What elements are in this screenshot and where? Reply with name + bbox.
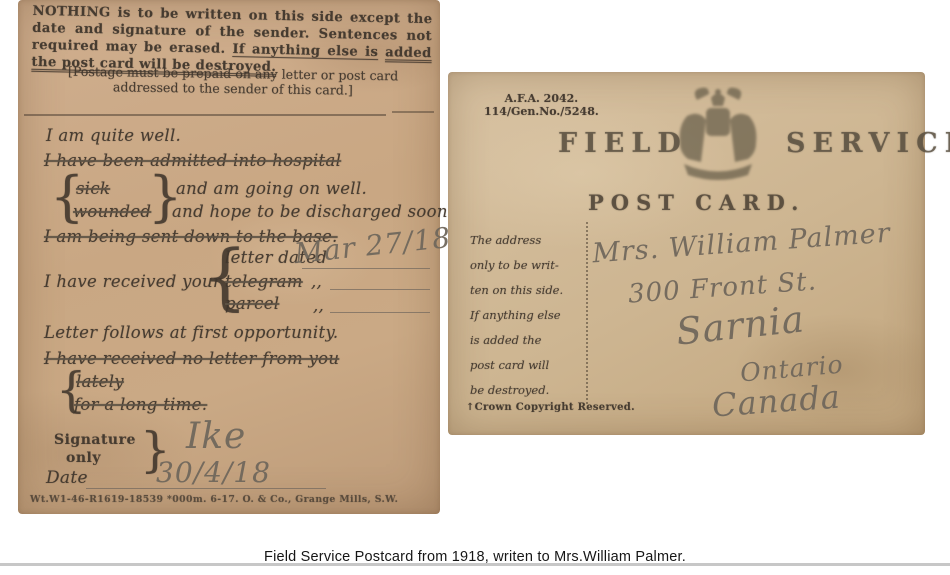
handwritten-address-country: Canada	[711, 378, 842, 425]
line-am-well: I am quite well.	[46, 126, 181, 145]
line-no-letter-struck: I have received no letter from you	[44, 349, 339, 368]
printer-imprint: Wt.W1-46-R1619-18539 *000m. 6-17. O. & C…	[30, 494, 398, 505]
postcard-address-side-photo: A.F.A. 2042. 114/Gen.No./5248. FIELD	[448, 72, 925, 435]
ditto-mark: ,,	[311, 272, 322, 291]
line-letter-follows: Letter follows at first opportunity.	[44, 323, 338, 342]
ditto-mark: ,,	[313, 296, 324, 315]
address-side-notice: The address only to be writ- ten on this…	[470, 228, 584, 403]
fill-in-line	[330, 289, 430, 290]
handwritten-date: 30/4/18	[156, 456, 271, 489]
postcard-message-side: NOTHING is to be written on this side ex…	[18, 0, 440, 514]
title-service: SERVICE	[786, 128, 950, 159]
fill-in-line	[330, 312, 430, 313]
form-reference: A.F.A. 2042. 114/Gen.No./5248.	[484, 92, 599, 118]
postcard-message-side-photo: NOTHING is to be written on this side ex…	[18, 0, 440, 514]
option-telegram-struck: telegram	[225, 272, 303, 291]
margin-divider-line	[586, 222, 588, 404]
option-lately-struck: lately	[76, 372, 124, 391]
handwritten-address-city: Sarnia	[674, 297, 807, 353]
line-discharged: and hope to be discharged soon.	[172, 202, 453, 221]
page: NOTHING is to be written on this side ex…	[0, 0, 950, 575]
date-label: Date	[46, 468, 88, 488]
notice-underlined: If anything else is	[232, 42, 378, 60]
postcard-address-side: A.F.A. 2042. 114/Gen.No./5248. FIELD	[448, 72, 925, 435]
fill-in-line	[302, 268, 430, 269]
line-going-on-well: and am going on well.	[176, 179, 367, 198]
option-long-time-struck: for a long time.	[74, 395, 207, 414]
handwritten-signature: Ike	[186, 416, 246, 457]
title-field: FIELD	[558, 128, 688, 159]
postage-note: [Postage must be prepaid on any letter o…	[48, 63, 418, 98]
title-post-card: POST CARD.	[588, 190, 798, 215]
line-admitted-struck: I have been admitted into hospital	[44, 151, 341, 170]
option-parcel-struck: parcel	[225, 294, 279, 313]
option-wounded-struck: wounded	[73, 202, 151, 221]
royal-crest-icon	[673, 86, 763, 191]
divider-line	[24, 114, 386, 116]
divider-line	[392, 111, 434, 113]
option-sick-struck: sick	[76, 179, 110, 198]
crown-copyright: ↑Crown Copyright Reserved.	[466, 402, 635, 413]
signature-label: Signature	[54, 432, 136, 448]
line-received-label: I have received your	[44, 272, 221, 291]
divider-rule	[0, 563, 950, 566]
signature-label: only	[66, 450, 101, 466]
handwritten-address-name: Mrs. William Palmer	[591, 218, 891, 270]
